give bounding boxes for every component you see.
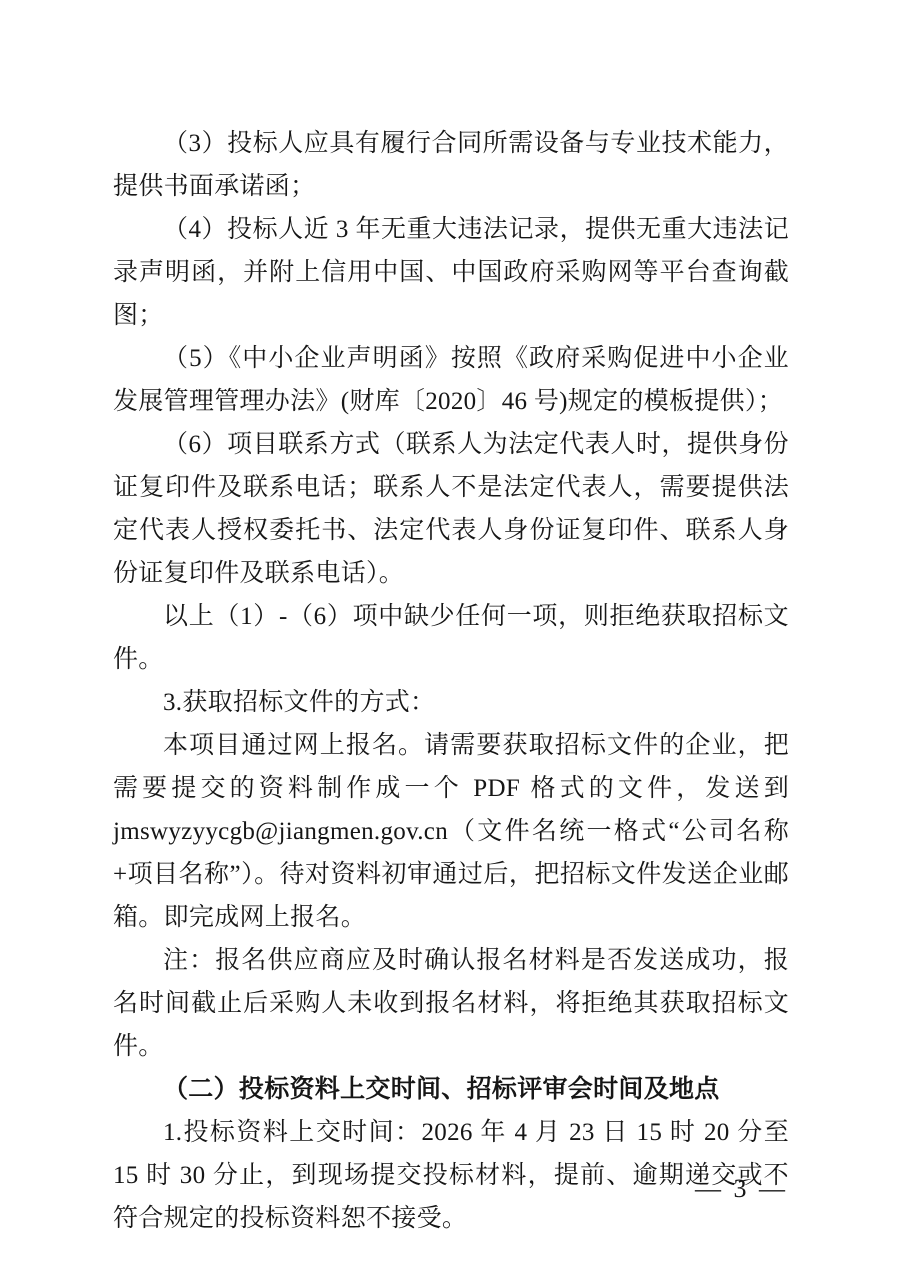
document-page: （3）投标人应具有履行合同所需设备与专业技术能力，提供书面承诺函； （4）投标人… [0, 0, 900, 1268]
note-paragraph: 注：报名供应商应及时确认报名材料是否发送成功，报名时间截止后采购人未收到报名材料… [113, 939, 789, 1068]
clause-6: （6）项目联系方式（联系人为法定代表人时，提供身份证复印件及联系电话；联系人不是… [113, 423, 789, 595]
clause-5: （5）《中小企业声明函》按照《政府采购促进中小企业发展管理管理办法》(财库〔20… [113, 337, 789, 423]
para-online-registration: 本项目通过网上报名。请需要获取招标文件的企业，把需要提交的资料制作成一个 PDF… [113, 724, 789, 939]
clause-3: （3）投标人应具有履行合同所需设备与专业技术能力，提供书面承诺函； [113, 122, 789, 208]
heading-obtain-method: 3.获取招标文件的方式： [113, 681, 789, 724]
page-number: — 3 — [0, 1174, 788, 1204]
clause-4: （4）投标人近 3 年无重大违法记录，提供无重大违法记录声明函，并附上信用中国、… [113, 208, 789, 337]
clause-summary: 以上（1）-（6）项中缺少任何一项，则拒绝获取招标文件。 [113, 595, 789, 681]
heading-section-2: （二）投标资料上交时间、招标评审会时间及地点 [113, 1068, 789, 1111]
document-body: （3）投标人应具有履行合同所需设备与专业技术能力，提供书面承诺函； （4）投标人… [113, 122, 789, 1240]
